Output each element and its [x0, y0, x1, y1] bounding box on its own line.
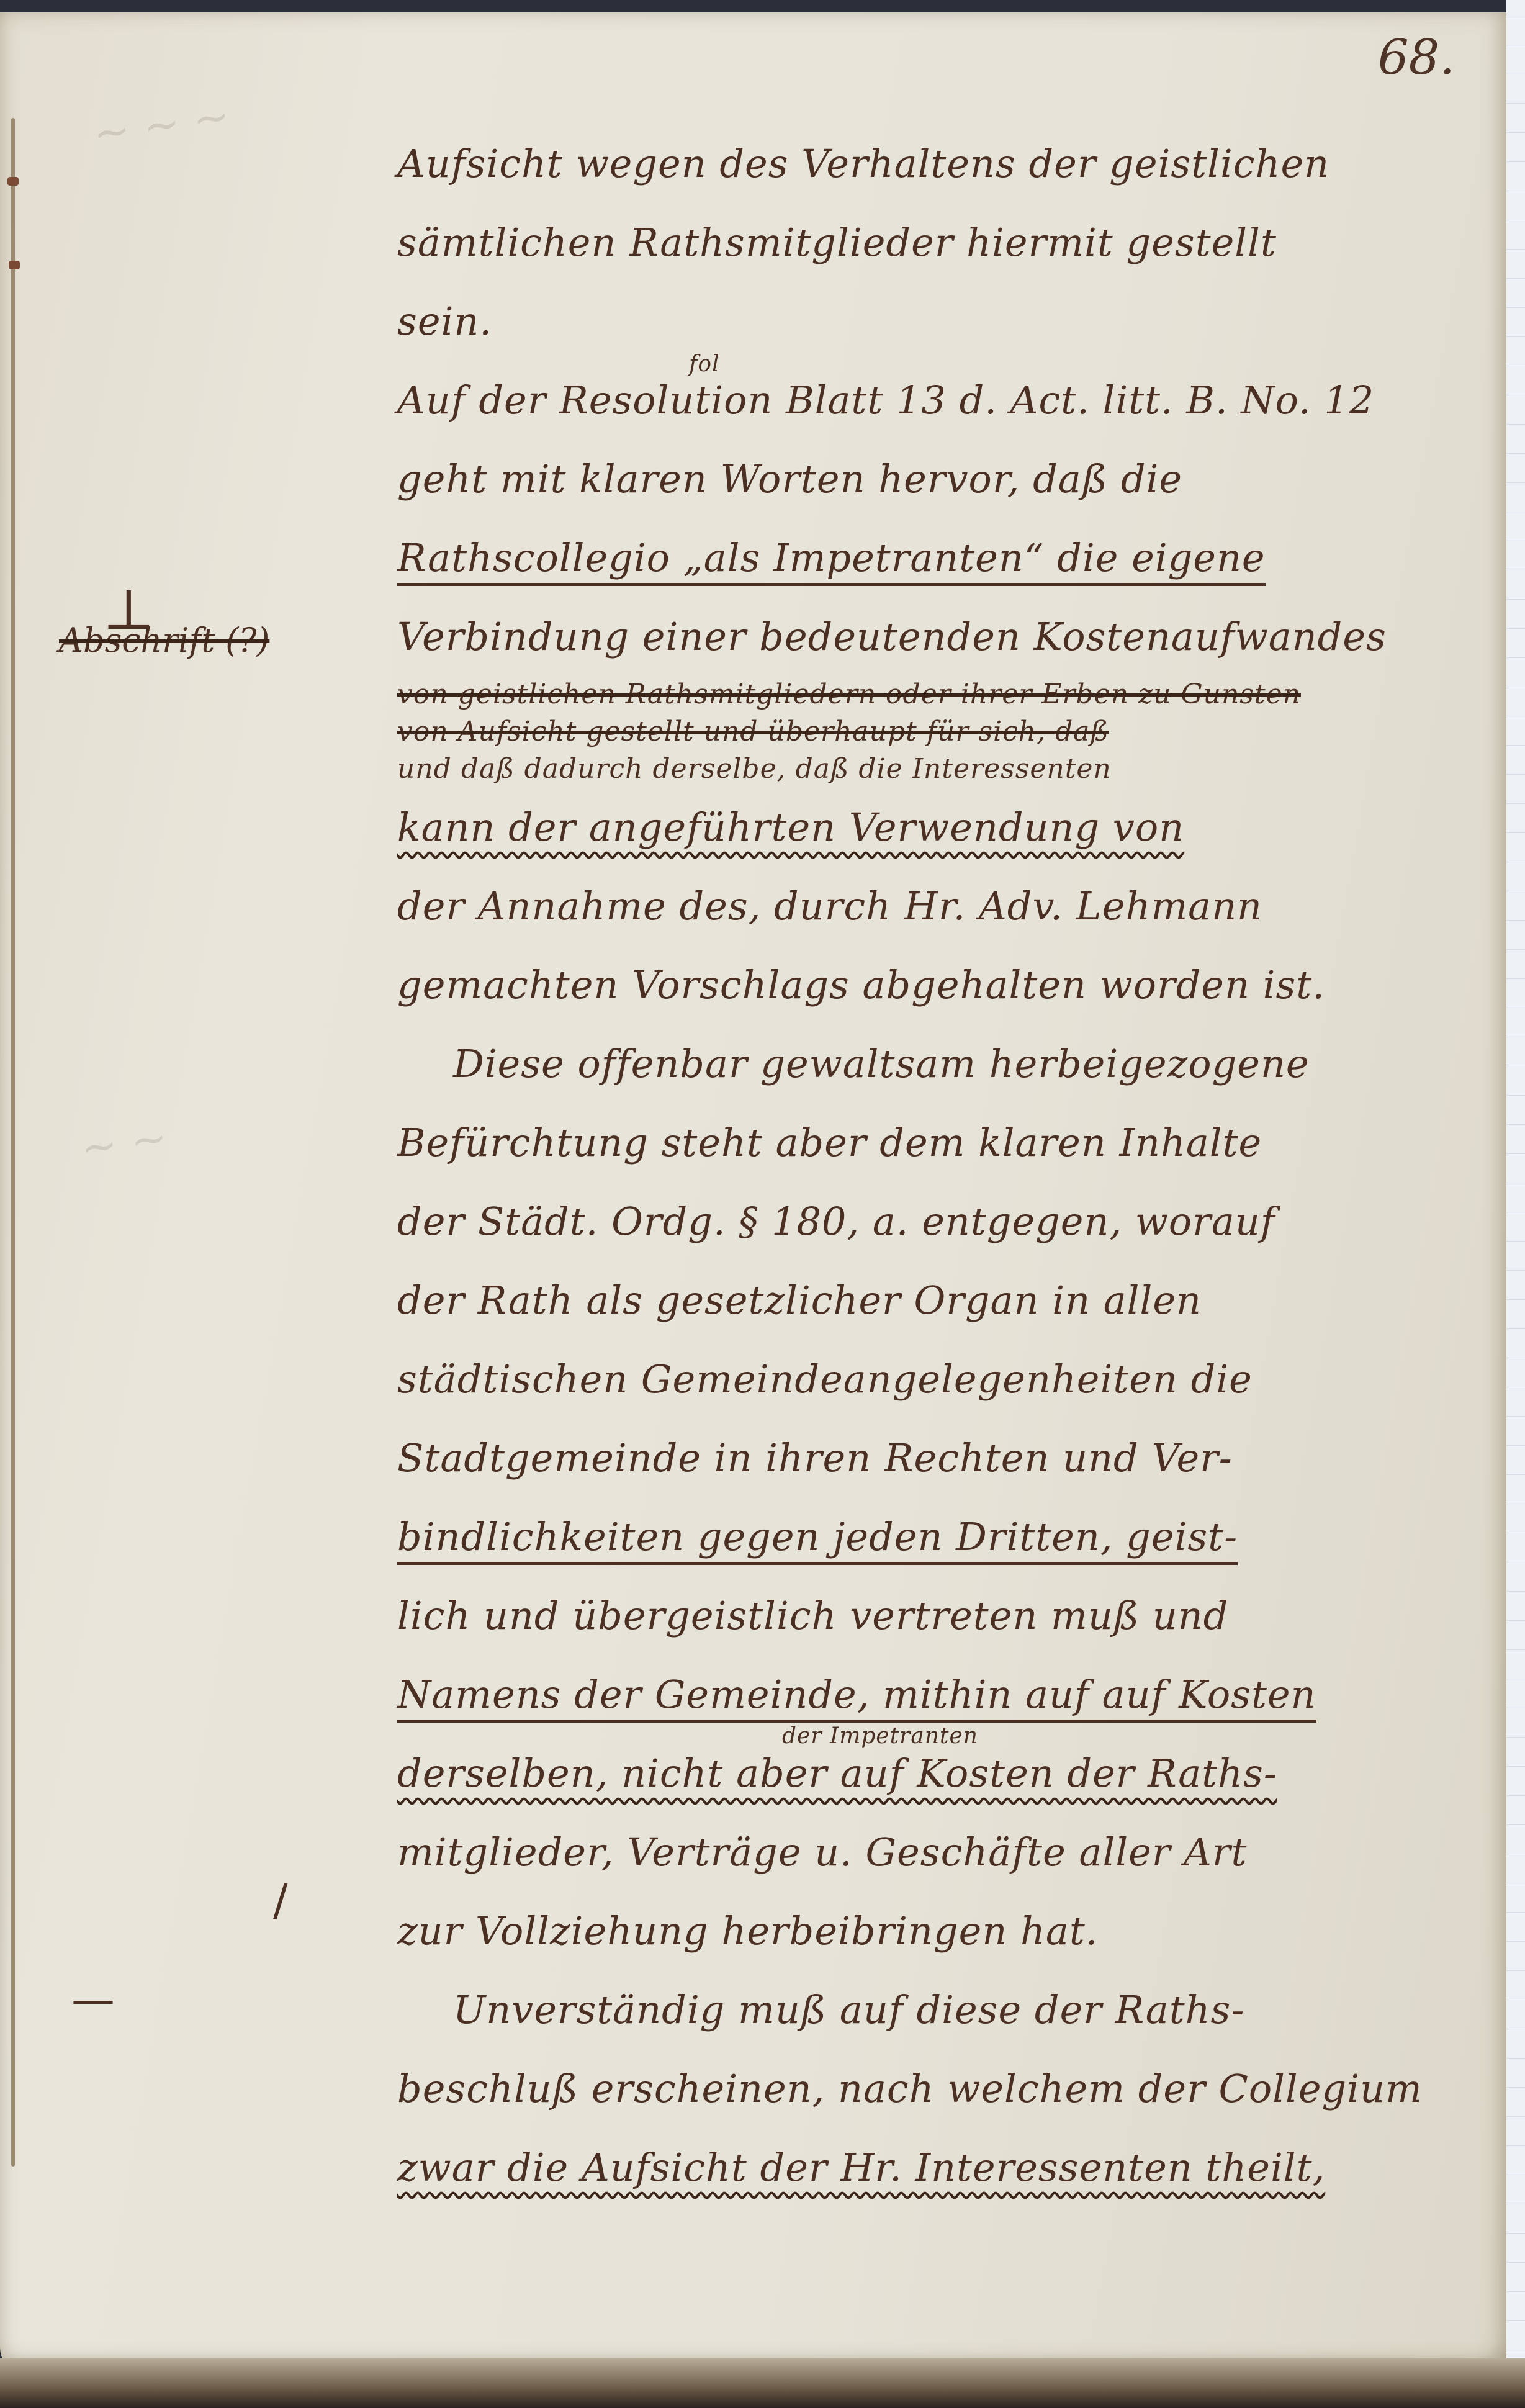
text-line: der Annahme des, durch Hr. Adv. Lehmann [397, 867, 1502, 945]
grid-paper-edge [1506, 0, 1525, 2408]
text-line: Diese offenbar gewaltsam herbeigezogene [397, 1024, 1502, 1103]
text-line: bindlichkeiten gegen jeden Dritten, geis… [397, 1497, 1502, 1576]
text-line: städtischen Gemeindeangelegenheiten die [397, 1340, 1502, 1418]
page-bottom-shadow [0, 2358, 1525, 2408]
binding-thread [11, 118, 15, 2167]
underlined-line: bindlichkeiten gegen jeden Dritten, geis… [397, 1514, 1238, 1565]
text-line: lich und übergeistlich vertreten muß und [397, 1576, 1502, 1655]
text-line: der Impetranten derselben, nicht aber au… [397, 1734, 1502, 1813]
binding-knot [9, 261, 20, 269]
margin-dash-mark: — [71, 1974, 115, 2025]
text-line: der Rath als gesetzlicher Organ in allen [397, 1261, 1502, 1340]
margin-slash-mark: / [273, 1875, 288, 1926]
text-line: fol Auf der Resolution Blatt 13 d. Act. … [397, 361, 1502, 440]
text-line-content: Auf der Resolution Blatt 13 d. Act. litt… [397, 377, 1374, 423]
underlined-line: Rathscollegio „als Impetranten“ die eige… [397, 535, 1266, 586]
text-line: Rathscollegio „als Impetranten“ die eige… [397, 518, 1502, 597]
text-line: Verbindung einer bedeutenden Kostenaufwa… [397, 597, 1502, 676]
text-line: beschluß erscheinen, nach welchem der Co… [397, 2049, 1502, 2128]
text-line: und daß dadurch derselbe, daß die Intere… [397, 751, 1502, 788]
binding-knot [7, 177, 19, 186]
margin-note: ⊥ Abschrift (?) [59, 621, 269, 660]
text-line: der Städt. Ordg. § 180, a. entgegen, wor… [397, 1182, 1502, 1261]
text-line: sein. [397, 282, 1502, 361]
text-line: zwar die Aufsicht der Hr. Interessenten … [397, 2128, 1502, 2207]
page-number: 68. [1378, 30, 1455, 86]
text-line: Unverständig muß auf diese der Raths- [397, 1970, 1502, 2049]
manuscript-body: Aufsicht wegen des Verhaltens der geistl… [397, 124, 1502, 2207]
wavy-underlined-text: kann der angeführten Verwendung von [397, 805, 1184, 850]
text-line: Aufsicht wegen des Verhaltens der geistl… [397, 124, 1502, 203]
struck-text: von geistlichen Rathsmitgliedern oder ih… [397, 679, 1301, 710]
insertion-superscript: der Impetranten [782, 1725, 978, 1747]
text-line: zur Vollziehung herbeibringen hat. [397, 1892, 1502, 1970]
insertion-superscript: fol [689, 353, 720, 376]
text-line: Stadtgemeinde in ihren Rechten und Ver- [397, 1418, 1502, 1497]
struck-text-line: von Aufsicht gestellt und überhaupt für … [397, 713, 1502, 751]
wavy-underlined-text: derselben, nicht aber auf Kosten der Rat… [397, 1751, 1277, 1796]
text-line: Befürchtung steht aber dem klaren Inhalt… [397, 1103, 1502, 1182]
text-line: kann der angeführten Verwendung von [397, 788, 1502, 867]
insertion-mark-icon: ⊥ [102, 577, 155, 643]
struck-text-line: von geistlichen Rathsmitgliedern oder ih… [397, 676, 1502, 713]
text-line: sämtlichen Rathsmitglieder hiermit geste… [397, 203, 1502, 282]
underlined-line: Namens der Gemeinde, mithin auf auf Kost… [397, 1672, 1316, 1723]
text-line: gemachten Vorschlags abgehalten worden i… [397, 945, 1502, 1024]
struck-text: von Aufsicht gestellt und überhaupt für … [397, 716, 1109, 747]
text-line: mitglieder, Verträge u. Geschäfte aller … [397, 1813, 1502, 1892]
wavy-underlined-text: zwar die Aufsicht der Hr. Interessenten … [397, 2145, 1325, 2190]
margin-note-text: Abschrift (?) [59, 621, 269, 660]
text-line: geht mit klaren Worten hervor, daß die [397, 440, 1502, 518]
text-line: Namens der Gemeinde, mithin auf auf Kost… [397, 1655, 1502, 1734]
